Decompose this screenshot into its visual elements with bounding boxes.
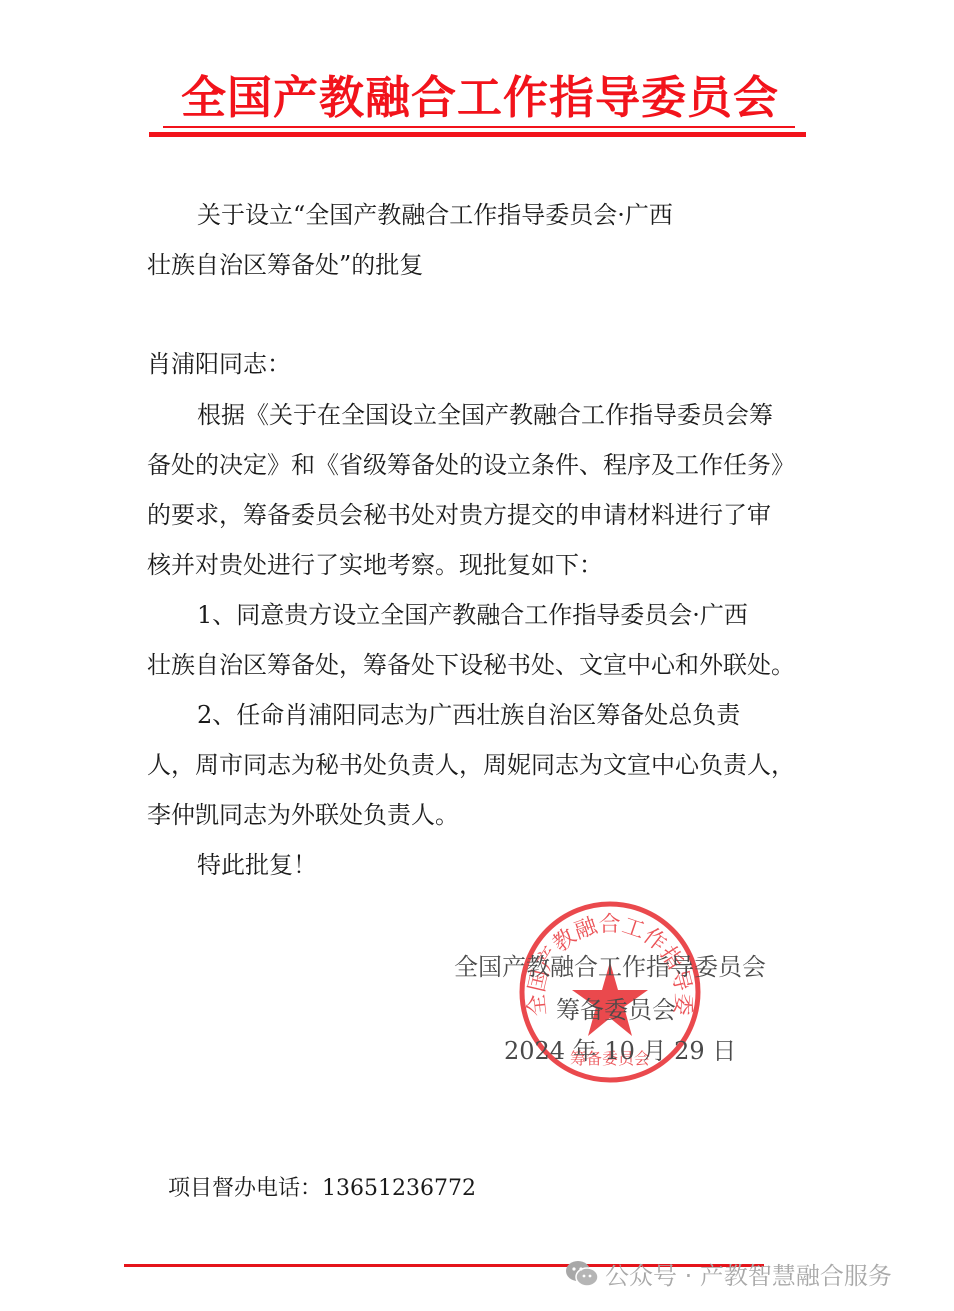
- signature-date: 2024 年 10 月 29 日: [504, 1031, 736, 1066]
- body-line: 备处的决定》和《省级筹备处的设立条件、程序及工作任务》: [147, 450, 795, 480]
- body-line: 核并对贵处进行了实地考察。现批复如下：: [147, 550, 603, 580]
- body-line: 人，周市同志为秘书处负责人，周妮同志为文宣中心负责人，: [147, 750, 795, 780]
- body-line: 壮族自治区筹备处，筹备处下设秘书处、文宣中心和外联处。: [147, 650, 795, 680]
- salutation: 肖浦阳同志：: [147, 349, 291, 379]
- subject-line-2: 壮族自治区筹备处”的批复: [147, 250, 423, 280]
- masthead-rule-thick: [149, 132, 806, 137]
- subject-line-1: 关于设立“全国产教融合工作指导委员会·广西: [197, 200, 673, 230]
- watermark-text: 公众号 · 产教智慧融合服务: [605, 1256, 892, 1291]
- body-line-item-1: 1、同意贵方设立全国产教融合工作指导委员会·广西: [197, 600, 748, 630]
- closing-line: 特此批复！: [197, 850, 317, 880]
- signature-dept: 筹备委员会: [556, 990, 676, 1025]
- signature-org: 全国产教融合工作指导委员会: [454, 947, 766, 982]
- masthead-title: 全国产教融合工作指导委员会: [150, 70, 810, 126]
- wechat-icon: [565, 1259, 599, 1289]
- body-line: 根据《关于在全国设立全国产教融合工作指导委员会筹: [197, 400, 773, 430]
- masthead-rule-thin: [163, 126, 795, 128]
- body-line-item-2: 2、任命肖浦阳同志为广西壮族自治区筹备处总负责: [197, 700, 740, 730]
- body-line: 的要求，筹备委员会秘书处对贵方提交的申请材料进行了审: [147, 500, 771, 530]
- watermark: 公众号 · 产教智慧融合服务: [565, 1256, 892, 1291]
- body-line: 李仲凯同志为外联处负责人。: [147, 800, 459, 830]
- contact-phone: 项目督办电话：13651236772: [168, 1174, 476, 1204]
